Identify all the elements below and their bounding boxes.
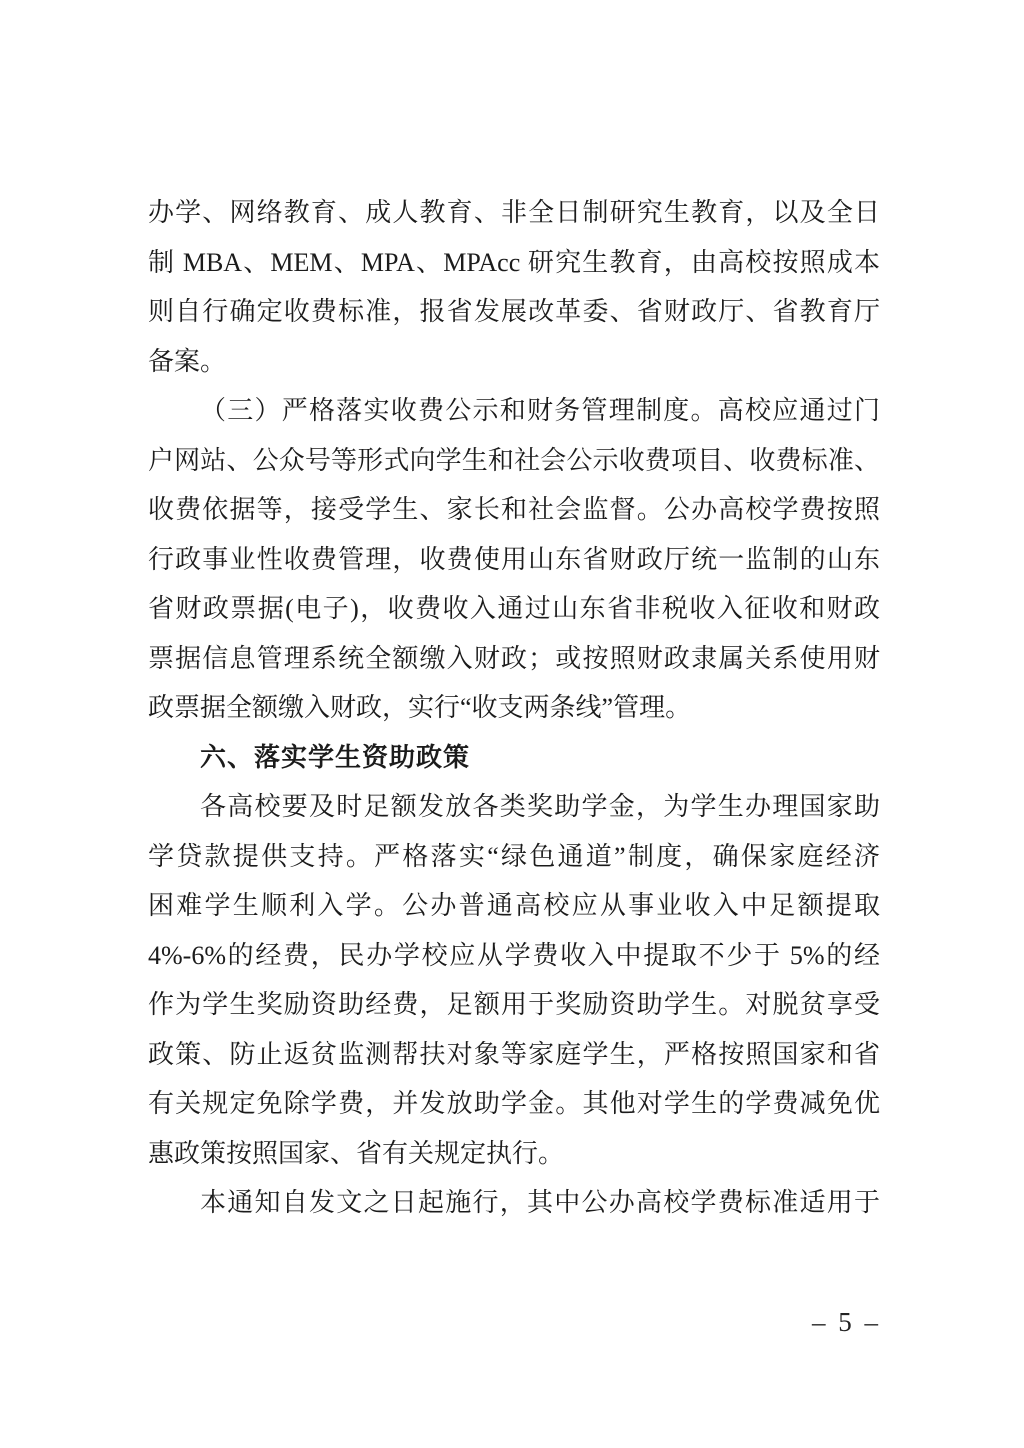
document-line: 有关规定免除学费，并发放助学金。其他对学生的学费减免优 — [148, 1079, 880, 1129]
document-line: 作为学生奖励资助经费，足额用于奖励资助学生。对脱贫享受 — [148, 980, 880, 1030]
document-lines: 办学、网络教育、成人教育、非全日制研究生教育，以及全日制 MBA、MEM、MPA… — [148, 188, 880, 1228]
document-line: 惠政策按照国家、省有关规定执行。 — [148, 1129, 880, 1179]
document-line: 票据信息管理系统全额缴入财政；或按照财政隶属关系使用财 — [148, 634, 880, 684]
document-line: 制 MBA、MEM、MPA、MPAcc 研究生教育，由高校按照成本补偿原 — [148, 238, 880, 288]
document-line: （三）严格落实收费公示和财务管理制度。高校应通过门 — [148, 386, 880, 436]
document-line: 本通知自发文之日起施行，其中公办高校学费标准适用于 — [148, 1178, 880, 1228]
document-line: 政策、防止返贫监测帮扶对象等家庭学生，严格按照国家和省 — [148, 1030, 880, 1080]
document-line: 学贷款提供支持。严格落实“绿色通道”制度，确保家庭经济 — [148, 832, 880, 882]
document-line: 政票据全额缴入财政，实行“收支两条线”管理。 — [148, 683, 880, 733]
document-line: 收费依据等，接受学生、家长和社会监督。公办高校学费按照 — [148, 485, 880, 535]
document-line: 户网站、公众号等形式向学生和社会公示收费项目、收费标准、 — [148, 436, 880, 486]
document-line: 办学、网络教育、成人教育、非全日制研究生教育，以及全日 — [148, 188, 880, 238]
document-line: 行政事业性收费管理，收费使用山东省财政厅统一监制的山东 — [148, 535, 880, 585]
document-line: 困难学生顺利入学。公办普通高校应从事业收入中足额提取 — [148, 881, 880, 931]
document-line: 备案。 — [148, 337, 880, 387]
document-line: 省财政票据(电子)，收费收入通过山东省非税收入征收和财政 — [148, 584, 880, 634]
document-page: 办学、网络教育、成人教育、非全日制研究生教育，以及全日制 MBA、MEM、MPA… — [0, 0, 1024, 1448]
page-number: – 5 – — [812, 1307, 881, 1338]
document-line: 各高校要及时足额发放各类奖助学金，为学生办理国家助 — [148, 782, 880, 832]
section-heading: 六、落实学生资助政策 — [148, 733, 880, 783]
document-line: 则自行确定收费标准，报省发展改革委、省财政厅、省教育厅 — [148, 287, 880, 337]
document-line: 4%-6%的经费，民办学校应从学费收入中提取不少于 5%的经费， — [148, 931, 880, 981]
